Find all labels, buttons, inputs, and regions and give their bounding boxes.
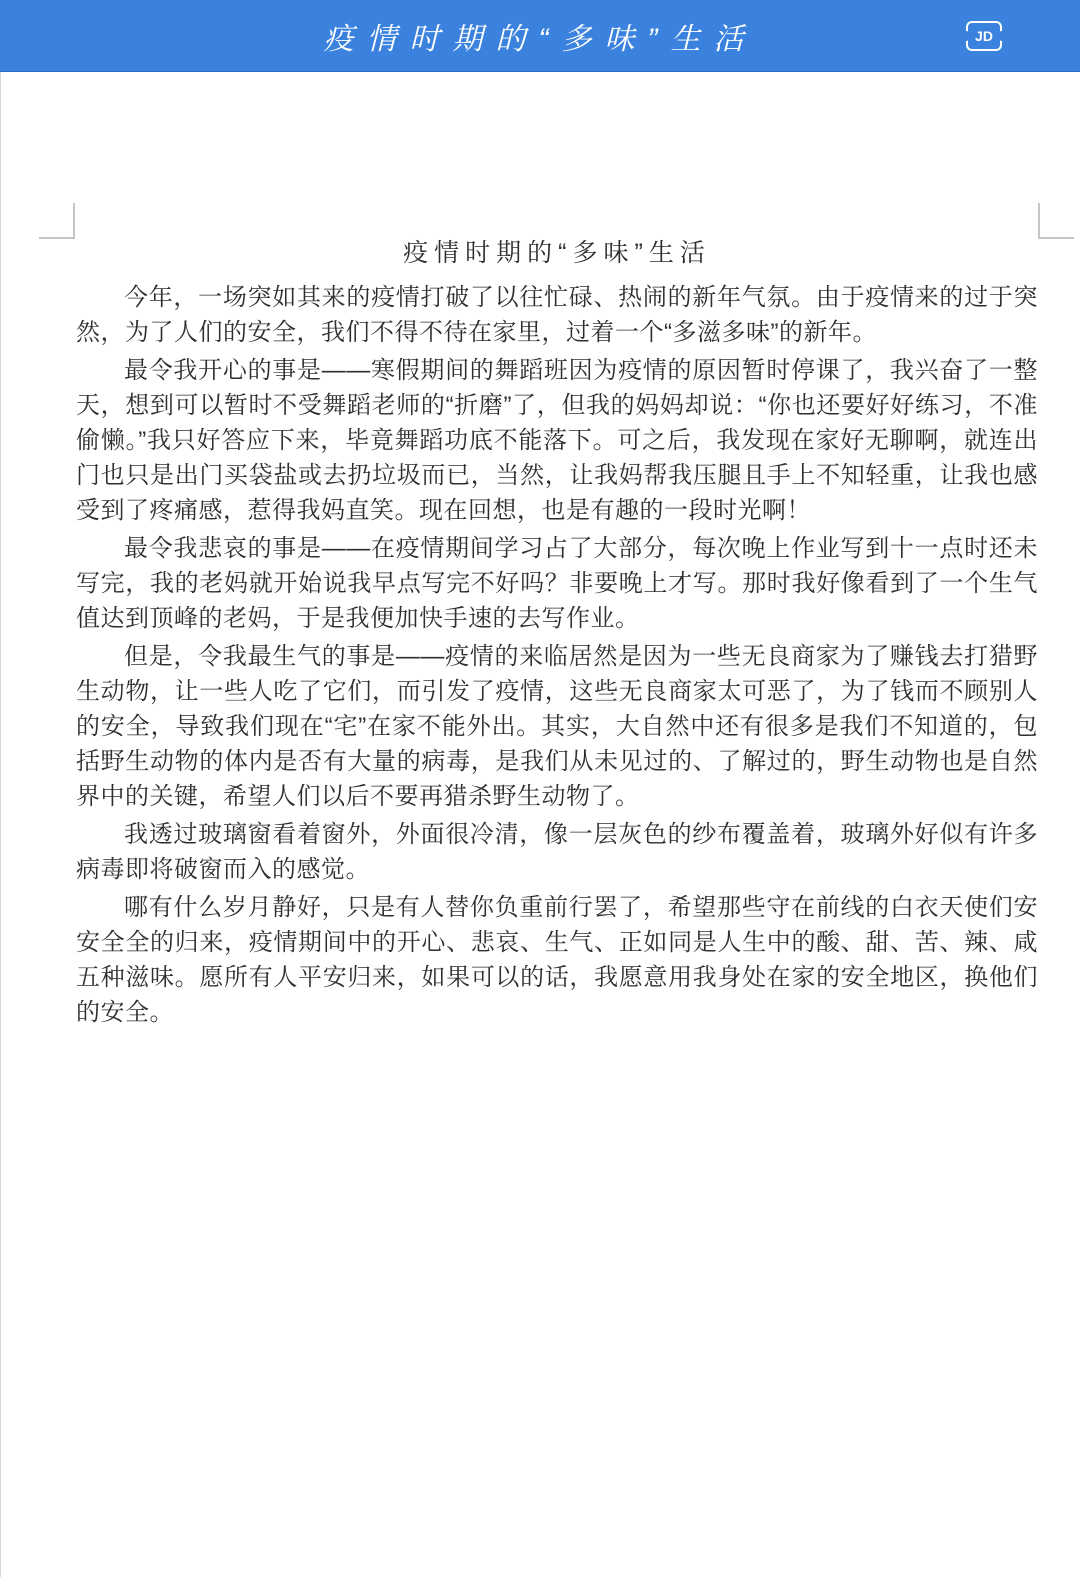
jd-ticket-label: JD bbox=[975, 28, 993, 44]
paragraph-2: 最令我开心的事是——寒假期间的舞蹈班因为疫情的原因暂时停课了，我兴奋了一整天，想… bbox=[76, 353, 1038, 528]
app-header: 疫情时期的“多味”生活 JD bbox=[0, 0, 1080, 72]
header-title: 疫情时期的“多味”生活 bbox=[324, 14, 757, 58]
document-title: 疫情时期的“多味”生活 bbox=[76, 234, 1038, 272]
paragraph-5: 我透过玻璃窗看着窗外，外面很冷清，像一层灰色的纱布覆盖着，玻璃外好似有许多病毒即… bbox=[76, 817, 1038, 887]
document-page: 疫情时期的“多味”生活 今年，一场突如其来的疫情打破了以往忙碌、热闹的新年气氛。… bbox=[0, 72, 1080, 1577]
margin-corner-left-icon bbox=[39, 203, 75, 239]
document-viewer-app: 疫情时期的“多味”生活 JD 疫情时期的“多味”生活 今年，一场突如其来的疫情打… bbox=[0, 0, 1080, 1577]
paragraph-1: 今年，一场突如其来的疫情打破了以往忙碌、热闹的新年气氛。由于疫情来的过于突然，为… bbox=[76, 280, 1038, 350]
jd-ticket-icon[interactable]: JD bbox=[966, 21, 1002, 51]
document-body: 疫情时期的“多味”生活 今年，一场突如其来的疫情打破了以往忙碌、热闹的新年气氛。… bbox=[76, 72, 1038, 1033]
paragraph-3: 最令我悲哀的事是——在疫情期间学习占了大部分，每次晚上作业写到十一点时还未写完，… bbox=[76, 531, 1038, 636]
margin-corner-right-icon bbox=[1038, 203, 1074, 239]
paragraph-6: 哪有什么岁月静好，只是有人替你负重前行罢了，希望那些守在前线的白衣天使们安安全全… bbox=[76, 890, 1038, 1030]
paragraph-4: 但是，令我最生气的事是——疫情的来临居然是因为一些无良商家为了赚钱去打猎野生动物… bbox=[76, 639, 1038, 814]
